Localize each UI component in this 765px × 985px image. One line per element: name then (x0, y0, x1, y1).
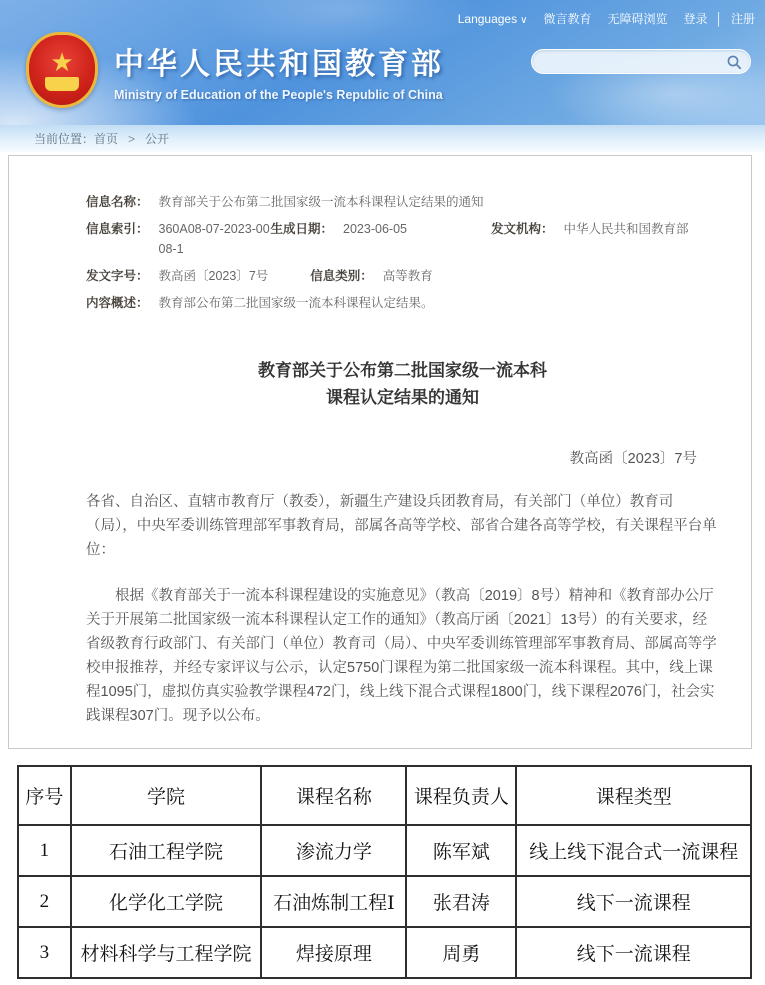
info-name-label: 信息名称： (86, 192, 149, 212)
document-number: 教高函〔2023〕7号 (86, 447, 719, 468)
doc-number-label: 发文字号： (86, 266, 149, 286)
cell-school: 石油工程学院 (71, 825, 262, 876)
cell-course-type: 线下一流课程 (516, 927, 751, 978)
search-input[interactable] (532, 50, 726, 73)
summary-label: 内容概述： (86, 293, 149, 313)
cell-course-leader: 陈军斌 (406, 825, 516, 876)
chevron-down-icon: ∨ (520, 15, 527, 26)
date-label: 生成日期： (271, 219, 334, 239)
category-label: 信息类别： (310, 266, 373, 286)
document-title-line2: 课程认定结果的通知 (86, 384, 719, 411)
cell-school: 化学化工学院 (71, 876, 262, 927)
cell-course-name: 焊接原理 (261, 927, 406, 978)
header-course-type: 课程类型 (516, 766, 751, 825)
summary-value: 教育部公布第二批国家级一流本科课程认定结果。 (159, 293, 434, 313)
cell-seq: 1 (18, 825, 71, 876)
breadcrumb-separator-icon: > (128, 132, 135, 146)
accessibility-link[interactable]: 无障碍浏览 (607, 10, 667, 27)
search-icon[interactable] (726, 54, 742, 70)
course-table: 序号 学院 课程名称 课程负责人 课程类型 1 石油工程学院 渗流力学 陈军斌 … (17, 765, 752, 979)
breadcrumb-home-link[interactable]: 首页 (94, 130, 118, 147)
table-row: 2 化学化工学院 石油炼制工程Ⅰ 张君涛 线下一流课程 (18, 876, 751, 927)
table-row: 1 石油工程学院 渗流力学 陈军斌 线上线下混合式一流课程 (18, 825, 751, 876)
languages-label: Languages (458, 12, 517, 26)
cell-course-name: 石油炼制工程Ⅰ (261, 876, 406, 927)
site-subtitle: Ministry of Education of the People's Re… (114, 88, 444, 102)
table-row: 3 材料科学与工程学院 焊接原理 周勇 线下一流课程 (18, 927, 751, 978)
cell-seq: 2 (18, 876, 71, 927)
login-link[interactable]: 登录 (683, 10, 707, 27)
info-index-label: 信息索引： (86, 219, 149, 239)
issuing-org-label: 发文机构： (491, 219, 554, 239)
date-value: 2023-06-05 (343, 219, 407, 239)
meta-row-summary: 内容概述： 教育部公布第二批国家级一流本科课程认定结果。 (86, 293, 719, 313)
header-course-leader: 课程负责人 (406, 766, 516, 825)
course-table-header-row: 序号 学院 课程名称 课程负责人 课程类型 (18, 766, 751, 825)
breadcrumb-section-link[interactable]: 公开 (145, 130, 169, 147)
search-box[interactable] (531, 49, 751, 74)
tiananmen-icon (45, 77, 79, 91)
register-link[interactable]: 注册 (731, 10, 755, 27)
star-icon: ★ (50, 50, 73, 74)
document-panel: 信息名称： 教育部关于公布第二批国家级一流本科课程认定结果的通知 信息索引： 3… (8, 155, 752, 749)
cell-course-name: 渗流力学 (261, 825, 406, 876)
info-name-value: 教育部关于公布第二批国家级一流本科课程认定结果的通知 (159, 192, 484, 212)
header-utility-links: Languages∨ 微言教育 无障碍浏览 登录 │ 注册 (458, 10, 755, 27)
breadcrumb-label: 当前位置： (34, 130, 94, 147)
header-seq: 序号 (18, 766, 71, 825)
header-course-name: 课程名称 (261, 766, 406, 825)
languages-menu[interactable]: Languages∨ (458, 12, 528, 26)
site-logo: ★ 中华人民共和国教育部 Ministry of Education of th… (26, 32, 444, 108)
weiyan-education-link[interactable]: 微言教育 (543, 10, 591, 27)
national-emblem-icon: ★ (26, 32, 98, 108)
site-title: 中华人民共和国教育部 (114, 39, 444, 83)
info-index-value: 360A08-07-2023-0008-1 (159, 219, 271, 259)
site-header: Languages∨ 微言教育 无障碍浏览 登录 │ 注册 ★ 中华人民共和国教… (0, 0, 765, 125)
cell-seq: 3 (18, 927, 71, 978)
meta-row-name: 信息名称： 教育部关于公布第二批国家级一流本科课程认定结果的通知 (86, 192, 719, 212)
cell-course-leader: 张君涛 (406, 876, 516, 927)
issuing-org-value: 中华人民共和国教育部 (564, 219, 689, 239)
category-value: 高等教育 (383, 266, 433, 286)
cell-course-type: 线下一流课程 (516, 876, 751, 927)
doc-number-value: 教高函〔2023〕7号 (159, 266, 269, 286)
cell-course-leader: 周勇 (406, 927, 516, 978)
document-title: 教育部关于公布第二批国家级一流本科 课程认定结果的通知 (86, 357, 719, 411)
document-metadata: 信息名称： 教育部关于公布第二批国家级一流本科课程认定结果的通知 信息索引： 3… (86, 192, 719, 313)
document-title-line1: 教育部关于公布第二批国家级一流本科 (86, 357, 719, 384)
document-paragraph-body: 根据《教育部关于一流本科课程建设的实施意见》（教高〔2019〕8号）精神和《教育… (86, 584, 719, 728)
divider: │ (715, 12, 723, 26)
meta-row-docno: 发文字号： 教高函〔2023〕7号 信息类别： 高等教育 (86, 266, 719, 286)
header-school: 学院 (71, 766, 262, 825)
meta-row-index: 信息索引： 360A08-07-2023-0008-1 生成日期： 2023-0… (86, 219, 719, 259)
cell-school: 材料科学与工程学院 (71, 927, 262, 978)
breadcrumb: 当前位置： 首页 > 公开 (0, 125, 765, 152)
document-paragraph-addressees: 各省、自治区、直辖市教育厅（教委），新疆生产建设兵团教育局，有关部门（单位）教育… (86, 490, 719, 562)
cell-course-type: 线上线下混合式一流课程 (516, 825, 751, 876)
